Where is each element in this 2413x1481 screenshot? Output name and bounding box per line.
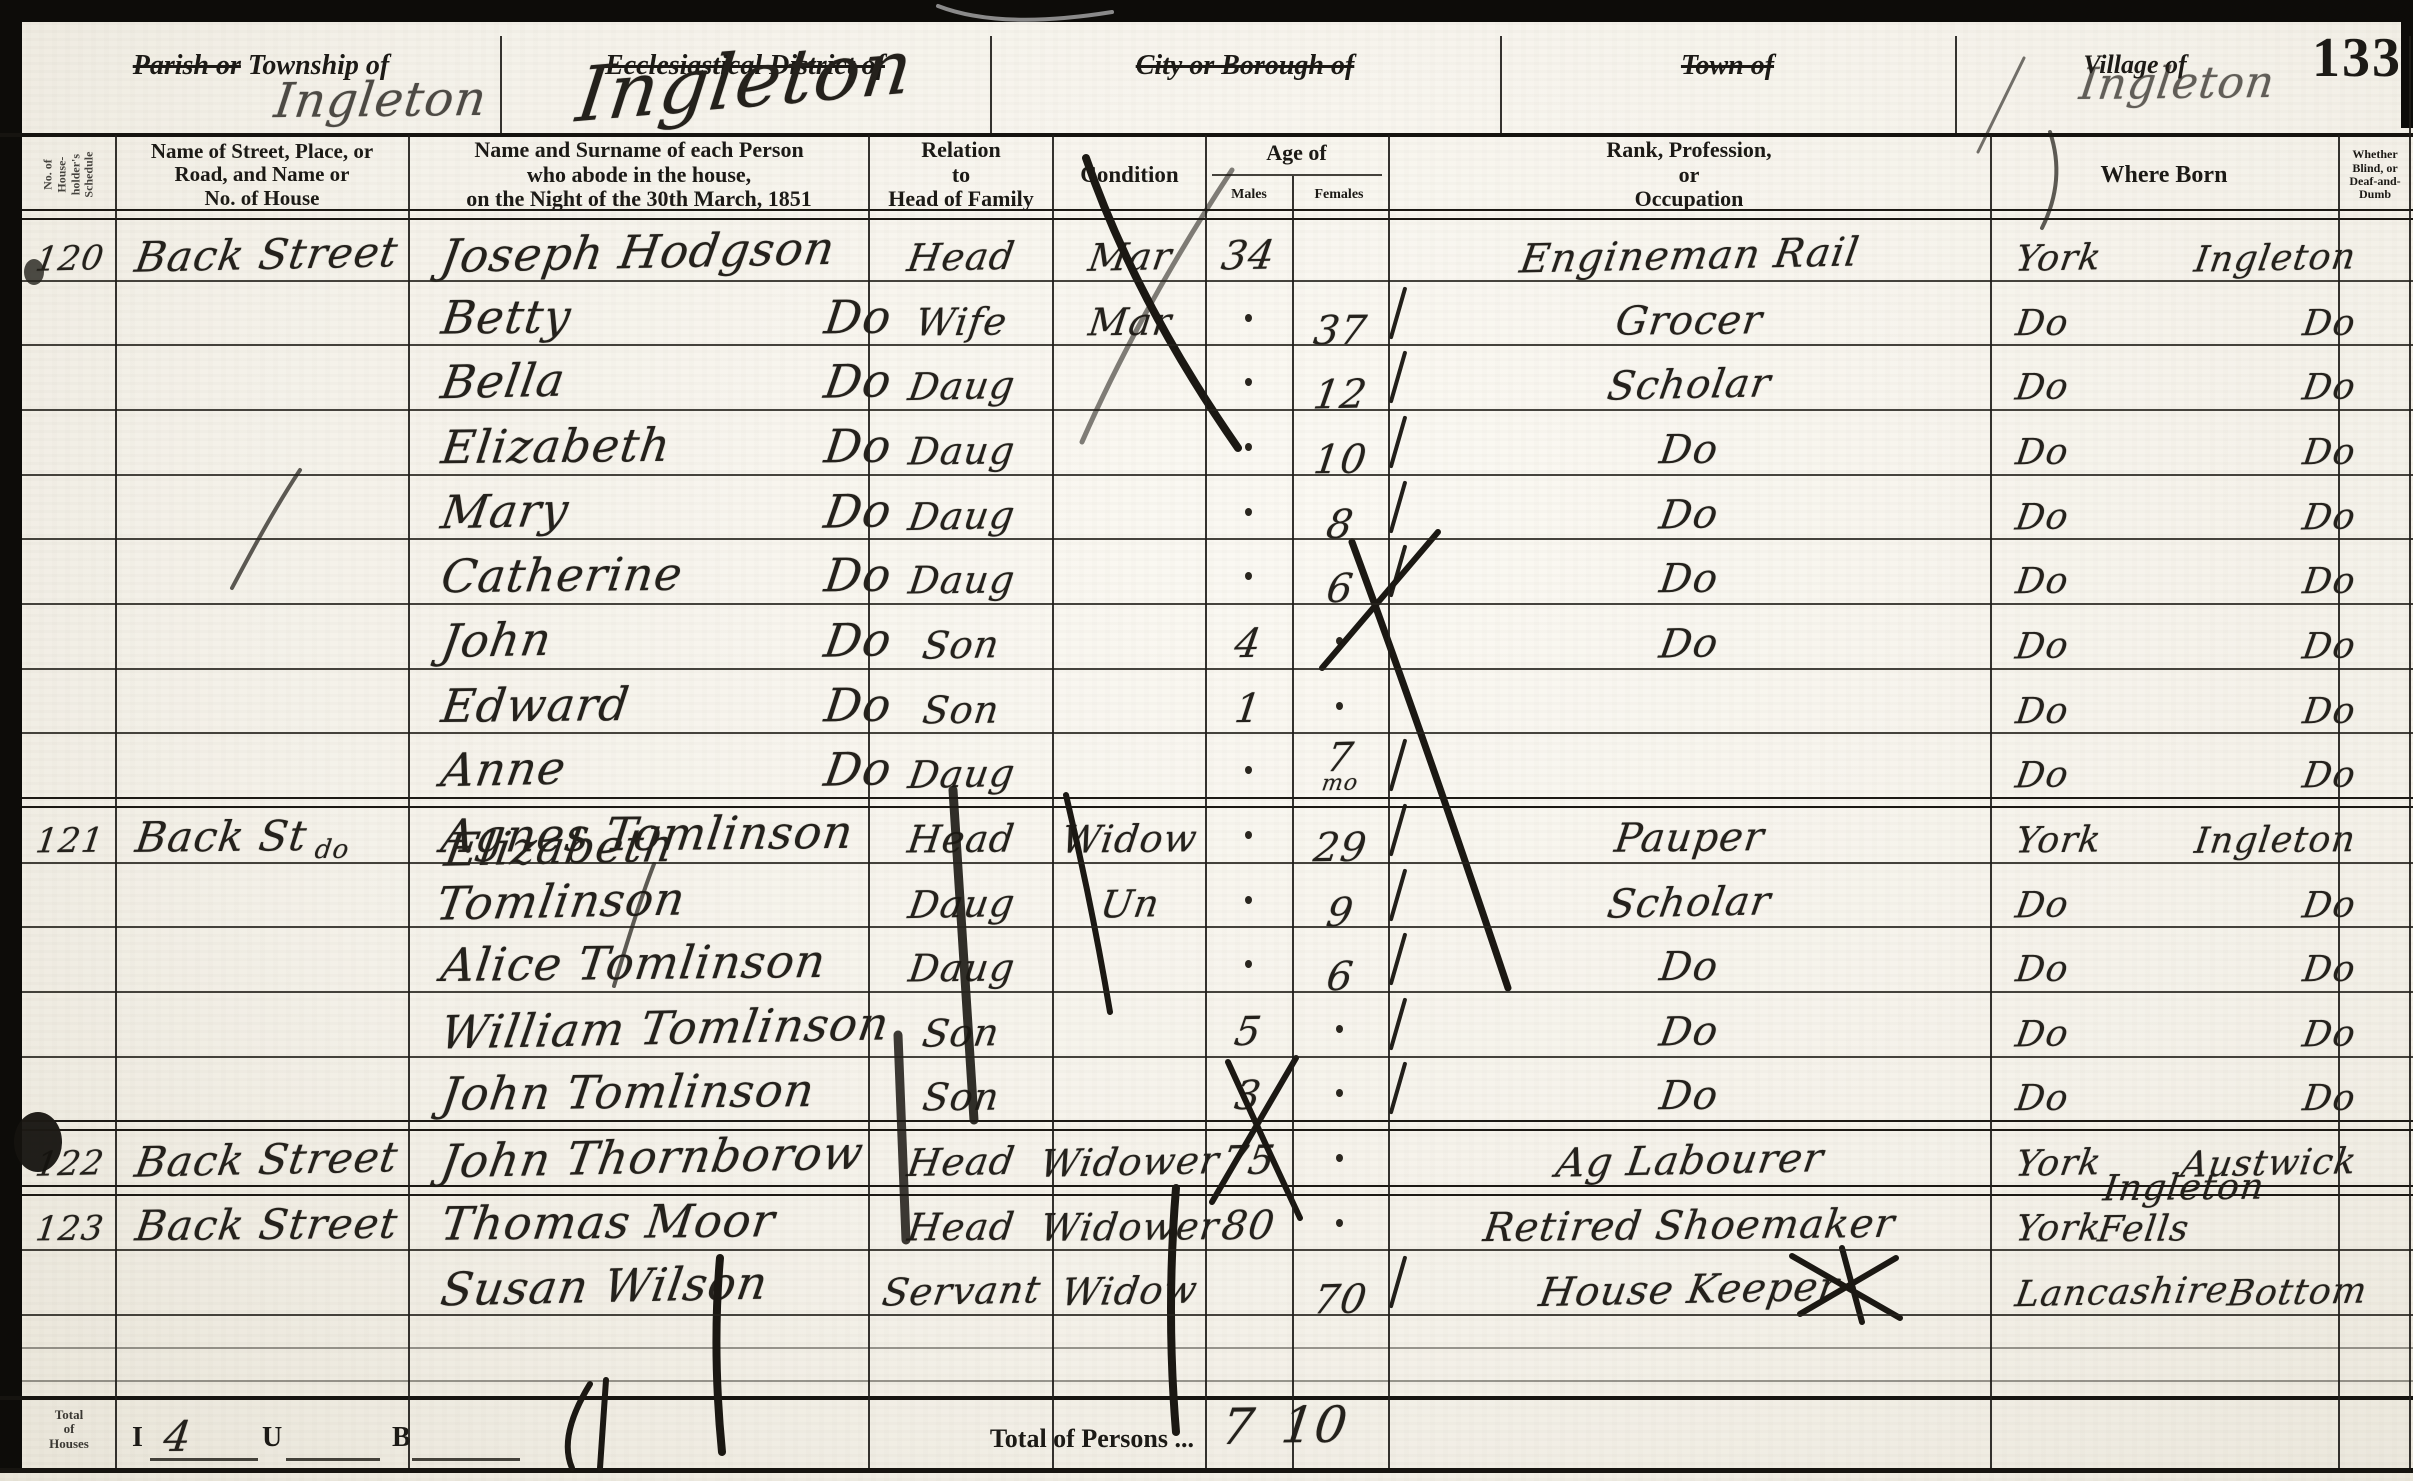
tally-mark xyxy=(1389,286,1408,339)
tally-mark xyxy=(1389,997,1408,1050)
row-rule xyxy=(22,474,2413,476)
totals-blank-line xyxy=(286,1458,380,1461)
born-place-b: Do xyxy=(2301,690,2359,732)
born-place-a: Do xyxy=(2013,755,2072,797)
born-place-b: Do xyxy=(2300,755,2359,797)
condition-text: Un xyxy=(1097,881,1163,926)
condition-text: Mar xyxy=(1085,234,1175,280)
column-rule xyxy=(408,135,410,1468)
occupation-text: Grocer xyxy=(1613,297,1766,345)
relation-text: Son xyxy=(920,622,1003,668)
col-header-schedule-text: No. of House- holder's Schedule xyxy=(41,152,96,198)
born-place-a: Do xyxy=(2013,690,2071,732)
born-place-a: York xyxy=(2013,1207,2104,1249)
born-place-b: Do xyxy=(2300,625,2359,667)
age-male-cell: 75 xyxy=(1208,1138,1289,1184)
relation-cell: Son xyxy=(874,688,1049,732)
born-cell: DoDo xyxy=(1994,432,2390,473)
enumerator-dot xyxy=(1336,1219,1343,1227)
condition-cell: Widow xyxy=(1058,1269,1202,1313)
tally-mark xyxy=(1389,480,1408,533)
inhabited-letter: I xyxy=(132,1422,143,1453)
occupation-text: Scholar xyxy=(1604,878,1774,927)
right-edge-blob xyxy=(2401,0,2413,128)
age-unit-text: mo xyxy=(1320,771,1360,797)
relation-text: Head xyxy=(905,1204,1017,1249)
col-header-born: Where Born xyxy=(1992,135,2336,215)
total-houses-label: Total of Houses xyxy=(26,1408,112,1451)
relation-cell: Daug xyxy=(874,558,1049,602)
street-name: Back Street xyxy=(133,1198,401,1250)
born-place-b: Ingleton Fells xyxy=(2096,1165,2362,1250)
header-divider xyxy=(1500,36,1502,135)
occupation-text: House Keeper xyxy=(1536,1264,1842,1316)
age-female-cell: 70 xyxy=(1295,1277,1385,1313)
condition-cell: Mar xyxy=(1058,300,1202,344)
enumerator-dot xyxy=(1336,1025,1343,1033)
person-name: Catherine xyxy=(438,547,686,604)
occupation-cell: Scholar xyxy=(1392,362,1987,408)
schedule-number: 123 xyxy=(33,1208,106,1249)
person-name: John xyxy=(438,612,556,668)
born-place-a: Do xyxy=(2013,625,2072,667)
col-header-street: Name of Street, Place, or Road, and Name… xyxy=(116,135,408,215)
column-rule xyxy=(115,135,117,1468)
relation-cell: Daug xyxy=(874,946,1049,990)
enumerator-dot xyxy=(1245,508,1252,516)
relation-text: Servant xyxy=(879,1268,1044,1315)
born-place-a: Lancashire xyxy=(2012,1270,2231,1315)
occupation-text: Do xyxy=(1657,620,1723,667)
born-cell: DoDo xyxy=(1994,1014,2390,1055)
occupation-text: Do xyxy=(1657,1008,1723,1055)
age-male-cell: 1 xyxy=(1208,686,1289,732)
occupation-text: Do xyxy=(1657,491,1723,538)
occupation-cell: Do xyxy=(1392,1073,1987,1119)
relation-cell: Son xyxy=(874,623,1049,667)
col-header-name: Name and Surname of each Person who abod… xyxy=(410,135,868,215)
total-houses-value: 4 xyxy=(161,1412,195,1461)
relation-cell: Head xyxy=(874,1140,1049,1184)
totals-blank-line xyxy=(412,1458,520,1461)
born-place-a: Do xyxy=(2013,561,2071,603)
top-edge-bar xyxy=(0,0,2413,22)
born-place-b: Ingleton xyxy=(2192,236,2360,280)
street-cell: Back Stdo xyxy=(120,812,421,861)
row-rule xyxy=(22,1249,2413,1251)
occupation-cell: Retired Shoemaker xyxy=(1392,1203,1987,1249)
col-header-relation: Relation to Head of Family xyxy=(870,135,1052,215)
born-cell: LancashireBottom xyxy=(1994,1272,2390,1313)
relation-cell: Daug xyxy=(874,494,1049,538)
enumerator-dot xyxy=(1245,960,1252,968)
age-female-cell: 37 xyxy=(1295,308,1385,344)
tally-mark xyxy=(1389,415,1408,468)
col-header-age: Age of xyxy=(1207,133,1386,173)
column-rule xyxy=(1990,135,1992,1468)
schedule-cell: 123 xyxy=(26,1209,114,1249)
row-rule xyxy=(22,603,2413,605)
column-rule xyxy=(868,135,870,1468)
col-header-females: Females xyxy=(1293,178,1385,212)
born-cell: DoDo xyxy=(1994,367,2390,408)
census-page-scan: Parish or Township of Ingleton Ecclesias… xyxy=(0,0,2413,1481)
relation-cell: Head xyxy=(874,235,1049,279)
enumerator-dot xyxy=(1245,314,1252,322)
schedule-cell: 121 xyxy=(26,821,114,861)
relation-text: Daug xyxy=(906,428,1018,473)
enumerator-dot xyxy=(1245,831,1252,839)
column-rule xyxy=(1388,135,1390,1468)
born-place-b: Do xyxy=(2300,496,2359,538)
occupation-text: Engineman Rail xyxy=(1517,229,1863,282)
street-name: Back Street xyxy=(132,1132,402,1186)
row-rule xyxy=(22,862,2413,864)
age-female-cell: 6 xyxy=(1295,954,1385,990)
born-place-a: Do xyxy=(2013,432,2071,474)
tally-mark xyxy=(1389,803,1408,856)
relation-text: Daug xyxy=(906,558,1018,603)
col-header-condition: Condition xyxy=(1054,135,1205,215)
column-rule xyxy=(2409,36,2411,1468)
row-rule xyxy=(22,538,2413,540)
occupation-cell: Do xyxy=(1392,944,1987,990)
header-divider xyxy=(1955,36,1957,135)
born-cell: DoDo xyxy=(1994,1078,2390,1119)
born-place-b: Ingleton xyxy=(2193,819,2359,862)
age-male-text: 3 xyxy=(1232,1073,1264,1119)
colheader-rule xyxy=(22,209,2413,220)
street-name: Back Street xyxy=(132,227,402,281)
occupation-cell: House Keeper xyxy=(1392,1267,1987,1313)
age-female-cell: 7mo xyxy=(1295,735,1385,796)
row-rule xyxy=(22,991,2413,993)
relation-text: Daug xyxy=(905,880,1018,926)
born-cell: DoDo xyxy=(1994,949,2390,990)
relation-cell: Son xyxy=(874,1011,1049,1055)
person-name: Anne xyxy=(438,741,571,798)
enumerator-dot xyxy=(1245,896,1252,904)
occupation-cell: Do xyxy=(1392,492,1987,538)
village-value: Ingleton xyxy=(2077,57,2278,110)
person-name: Elizabeth Tomlinson xyxy=(433,813,901,930)
born-place-b: Do xyxy=(2301,949,2359,991)
occupation-cell: Scholar xyxy=(1392,880,1987,926)
condition-cell: Mar xyxy=(1058,235,1202,279)
occupation-text: Do xyxy=(1657,1073,1721,1120)
schedule-number: 122 xyxy=(33,1143,107,1184)
age-male-text: 5 xyxy=(1232,1009,1266,1056)
row-rule xyxy=(22,1120,2413,1131)
tally-mark xyxy=(1389,868,1408,921)
condition-cell: Un xyxy=(1058,882,1202,926)
relation-cell: Servant xyxy=(874,1269,1049,1313)
condition-text: Mar xyxy=(1086,299,1175,344)
born-place-b: Do xyxy=(2300,884,2359,926)
relation-cell: Daug xyxy=(874,882,1049,926)
person-name: Susan Wilson xyxy=(437,1256,772,1317)
born-place-a: Do xyxy=(2013,367,2072,409)
person-name: Joseph Hodgson xyxy=(437,221,839,283)
occupation-text: Scholar xyxy=(1604,361,1774,410)
column-rule xyxy=(1292,176,1294,1468)
born-cell: DoDo xyxy=(1994,885,2390,926)
town-label: Town of xyxy=(1681,50,1774,81)
relation-text: Daug xyxy=(906,946,1018,991)
age-female-cell: 8 xyxy=(1295,502,1385,538)
age-male-text: 75 xyxy=(1218,1138,1278,1185)
age-male-cell: 3 xyxy=(1208,1073,1289,1119)
born-cell: DoDo xyxy=(1994,561,2390,602)
street-cell: Back Street xyxy=(120,1200,421,1249)
occupation-text: Do xyxy=(1657,944,1721,991)
enumerator-dot xyxy=(1336,1154,1343,1162)
row-rule xyxy=(22,797,2413,808)
parish-label-struck: Parish or xyxy=(133,50,241,81)
person-name: Thomas Moor xyxy=(438,1193,778,1250)
occupation-cell: Do xyxy=(1392,1009,1987,1055)
condition-cell: Widower xyxy=(1058,1205,1202,1249)
relation-text: Wife xyxy=(913,299,1010,344)
total-males: 7 xyxy=(1218,1398,1258,1456)
born-place-a: Do xyxy=(2013,949,2071,991)
enumerator-dot xyxy=(1245,443,1252,451)
age-female-cell: 29 xyxy=(1295,825,1385,861)
tally-mark xyxy=(1389,933,1408,986)
relation-text: Head xyxy=(905,234,1019,280)
relation-cell: Daug xyxy=(874,429,1049,473)
tally-mark xyxy=(1389,739,1408,792)
condition-cell: Widower xyxy=(1058,1140,1202,1184)
uninhabited-letter: U xyxy=(262,1422,282,1453)
blank-rule xyxy=(22,1347,2413,1349)
occupation-cell: Pauper xyxy=(1392,815,1987,861)
schedule-cell: 120 xyxy=(26,239,114,279)
person-name: Alice Tomlinson xyxy=(438,934,829,992)
header-divider xyxy=(990,36,992,135)
relation-text: Head xyxy=(905,1139,1019,1185)
age-female-cell: 9 xyxy=(1295,890,1385,926)
born-place-b: Do xyxy=(2301,561,2359,603)
age-male-text: 1 xyxy=(1232,685,1264,731)
occupation-text: Do xyxy=(1657,556,1721,603)
person-name: Mary xyxy=(438,482,573,539)
occupation-text: Retired Shoemaker xyxy=(1481,1201,1898,1251)
total-females: 10 xyxy=(1278,1396,1351,1455)
col-header-schedule: No. of House- holder's Schedule xyxy=(24,135,114,215)
born-cell: DoDo xyxy=(1994,497,2390,538)
enumerator-dot xyxy=(1245,378,1252,386)
schedule-cell: 122 xyxy=(26,1144,114,1184)
occupation-cell: Do xyxy=(1392,556,1987,602)
city-label: City or Borough of xyxy=(1136,50,1355,81)
schedule-number: 121 xyxy=(33,820,106,861)
relation-text: Daug xyxy=(905,492,1018,538)
relation-cell: Daug xyxy=(874,364,1049,408)
person-name: Bella xyxy=(438,353,570,410)
age-male-text: 34 xyxy=(1218,232,1278,279)
row-rule xyxy=(22,926,2413,928)
enumerator-dot xyxy=(1245,766,1252,774)
condition-text: Widower xyxy=(1038,1204,1222,1250)
born-place-b: Do xyxy=(2301,1078,2359,1120)
tally-mark xyxy=(1389,351,1408,404)
born-place-b: Bottom xyxy=(2224,1271,2370,1315)
relation-text: Son xyxy=(920,1075,1002,1120)
age-female-cell: 6 xyxy=(1295,566,1385,602)
condition-text: Widow xyxy=(1059,1268,1202,1315)
enumerator-dot xyxy=(1336,1089,1343,1097)
born-cell: DoDo xyxy=(1994,691,2390,732)
row-rule xyxy=(22,409,2413,411)
relation-cell: Daug xyxy=(874,752,1049,796)
occupation-text: Pauper xyxy=(1612,814,1767,862)
age-female-cell: 12 xyxy=(1295,372,1385,408)
row-rule xyxy=(22,1185,2413,1196)
row-rule xyxy=(22,1314,2413,1316)
col-header-occupation: Rank, Profession, or Occupation xyxy=(1390,135,1988,215)
person-name: Elizabeth xyxy=(438,418,674,474)
person-name: William Tomlinson xyxy=(437,996,893,1059)
born-place-a: York xyxy=(2013,237,2105,280)
relation-cell: Head xyxy=(874,1205,1049,1249)
tally-mark xyxy=(1389,1062,1408,1115)
person-name: Edward xyxy=(438,677,633,733)
born-place-b: Do xyxy=(2300,367,2359,409)
person-name: John Tomlinson xyxy=(438,1063,818,1121)
person-name: John Thornborow xyxy=(437,1126,868,1189)
born-cell: DoDo xyxy=(1994,755,2390,796)
born-place-a: Do xyxy=(2013,1078,2071,1120)
born-cell: DoDo xyxy=(1994,626,2390,667)
born-place-a: Do xyxy=(2013,1013,2072,1055)
born-place-a: Do xyxy=(2013,302,2071,344)
street-ditto: do xyxy=(313,835,351,865)
age-male-cell: 5 xyxy=(1208,1009,1289,1055)
parish-value: Ingleton xyxy=(271,71,490,129)
age-male-text: 4 xyxy=(1232,621,1266,668)
row-rule xyxy=(22,280,2413,282)
born-place-b: Do xyxy=(2301,302,2359,344)
relation-cell: Son xyxy=(874,1075,1049,1119)
totals-blank-line xyxy=(150,1458,258,1461)
age-header-underline xyxy=(1212,174,1382,176)
condition-cell: Widow xyxy=(1058,817,1202,861)
occupation-cell: Ag Labourer xyxy=(1392,1138,1987,1184)
age-male-cell: 34 xyxy=(1208,233,1289,279)
schedule-number: 120 xyxy=(33,238,107,279)
relation-text: Son xyxy=(920,1010,1003,1056)
row-rule xyxy=(22,668,2413,670)
page-number: 133 xyxy=(2312,26,2402,90)
born-place-a: Do xyxy=(2013,884,2072,926)
total-persons-label: Total of Persons ... xyxy=(900,1424,1194,1453)
occupation-text: Ag Labourer xyxy=(1552,1135,1826,1187)
bottom-rule xyxy=(0,1468,2413,1473)
age-female-text: 70 xyxy=(1310,1277,1370,1324)
tally-mark xyxy=(1389,545,1408,598)
born-cell: DoDo xyxy=(1994,303,2390,344)
born-cell: YorkIngleton xyxy=(1994,820,2390,861)
blank-rule xyxy=(22,1380,2413,1382)
condition-text: Widow xyxy=(1059,816,1200,861)
relation-text: Daug xyxy=(905,363,1018,409)
age-male-cell: 4 xyxy=(1208,621,1289,667)
column-rule xyxy=(1052,135,1054,1468)
born-place-a: York xyxy=(2013,819,2104,861)
occupation-cell: Grocer xyxy=(1392,298,1987,344)
row-rule xyxy=(22,344,2413,346)
relation-cell: Wife xyxy=(874,300,1049,344)
street-cell: Back Street xyxy=(120,230,421,279)
relation-text: Son xyxy=(920,687,1002,732)
row-rule xyxy=(22,1056,2413,1058)
street-name: Back St xyxy=(133,811,311,862)
age-male-cell: 80 xyxy=(1208,1203,1289,1249)
tally-mark xyxy=(1389,1256,1408,1309)
born-place-b: Do xyxy=(2301,432,2359,474)
column-rule xyxy=(1205,135,1207,1468)
age-female-cell: 10 xyxy=(1295,437,1385,473)
col-header-blind: Whether Blind, or Deaf-and- Dumb xyxy=(2340,135,2410,215)
enumerator-dot xyxy=(1336,637,1343,645)
occupation-cell: Do xyxy=(1392,427,1987,473)
occupation-cell: Do xyxy=(1392,621,1987,667)
street-cell: Back Street xyxy=(120,1135,421,1184)
born-cell: YorkIngleton xyxy=(1994,238,2390,279)
header-divider xyxy=(500,36,502,135)
col-header-males: Males xyxy=(1207,178,1291,212)
occupation-text: Do xyxy=(1657,427,1721,474)
born-cell: YorkIngleton Fells xyxy=(1994,1167,2390,1249)
condition-text: Widower xyxy=(1037,1138,1222,1186)
enumerator-dot xyxy=(1336,702,1343,710)
row-rule xyxy=(22,732,2413,734)
relation-text: Daug xyxy=(905,751,1018,797)
enumerator-dot xyxy=(1245,572,1252,580)
age-male-text: 80 xyxy=(1219,1202,1278,1249)
occupation-cell: Engineman Rail xyxy=(1392,233,1987,279)
person-name: Betty xyxy=(438,289,574,344)
born-place-a: Do xyxy=(2013,496,2072,538)
column-rule xyxy=(2338,135,2340,1468)
born-place-b: Do xyxy=(2300,1013,2359,1055)
